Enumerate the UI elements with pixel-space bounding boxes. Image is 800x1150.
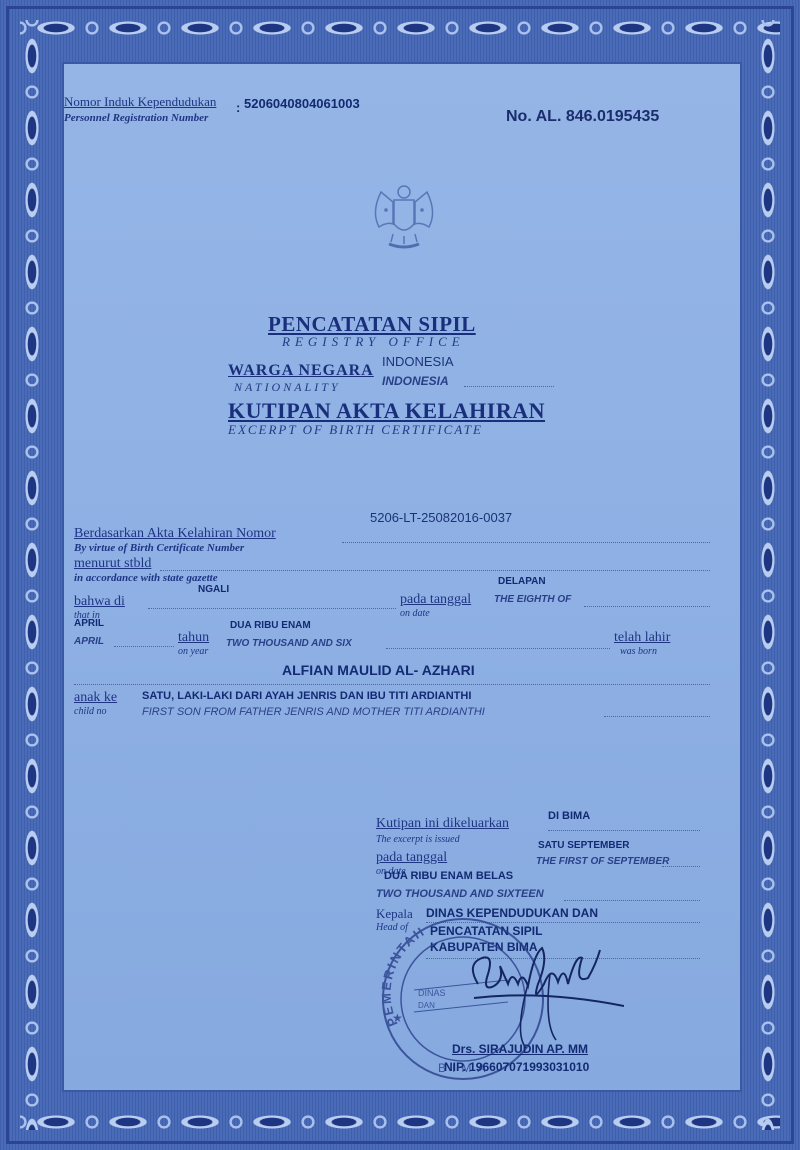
issued-label: Kutipan ini dikeluarkan [376, 816, 509, 832]
svg-text:★: ★ [392, 1011, 403, 1025]
issued-date-dotted-line [662, 866, 700, 867]
border-ornament-right [750, 20, 786, 1130]
issued-year-value-en: TWO THOUSAND AND SIXTEEN [376, 888, 544, 900]
garuda-emblem-icon [367, 172, 441, 256]
document-title: KUTIPAN AKTA KELAHIRAN [228, 398, 545, 424]
issued-place-value: DI BIMA [548, 810, 590, 822]
office-title-en: REGISTRY OFFICE [282, 334, 465, 350]
born-label: telah lahir [614, 630, 670, 646]
issued-label-en: The excerpt is issued [376, 834, 460, 845]
gazette-dotted-line [160, 570, 710, 571]
certificate-number-dotted-line [342, 542, 710, 543]
child-name-dotted-line [74, 684, 710, 685]
issued-year-dotted-line [564, 900, 700, 901]
nationality-label: WARGA NEGARA [228, 362, 374, 380]
birth-place-label: bahwa di [74, 594, 125, 610]
border-ornament-bottom [20, 1104, 780, 1140]
signature-icon [464, 944, 624, 1054]
birth-date-value-en: THE EIGHTH OF [494, 594, 571, 605]
official-name: Drs. SIRAJUDIN AP. MM [452, 1042, 588, 1056]
birth-year-label-en: on year [178, 646, 208, 657]
birth-date-value: DELAPAN [498, 576, 546, 587]
birth-year-dotted-line [386, 648, 610, 649]
birth-month-dotted-line [114, 646, 174, 647]
nationality-value: INDONESIA [382, 354, 454, 369]
issued-date-label: pada tanggal [376, 850, 447, 866]
nik-label-en: Personnel Registration Number [64, 112, 208, 124]
child-no-label-en: child no [74, 706, 107, 717]
nik-separator: : [236, 100, 240, 115]
birth-year-label: tahun [178, 630, 209, 646]
birth-month-value: APRIL [74, 618, 104, 629]
document-title-en: EXCERPT OF BIRTH CERTIFICATE [228, 422, 483, 438]
child-name: ALFIAN MAULID AL- AZHARI [282, 662, 475, 678]
certificate-number-label-en: By virtue of Birth Certificate Number [74, 542, 244, 554]
issued-date-value-en: THE FIRST OF SEPTEMBER [536, 856, 669, 867]
child-no-value: SATU, LAKI-LAKI DARI AYAH JENRIS DAN IBU… [142, 690, 471, 702]
nationality-value-en: INDONESIA [382, 374, 449, 388]
border-ornament-left [14, 20, 50, 1130]
child-no-dotted-line [604, 716, 710, 717]
gazette-label: menurut stbld [74, 556, 151, 572]
birth-place-value: NGALI [198, 584, 229, 595]
birth-date-dotted-line [584, 606, 710, 607]
nik-label: Nomor Induk Kependudukan [64, 94, 216, 110]
certificate-number-value: 5206-LT-25082016-0037 [370, 510, 512, 525]
birth-month-value-en: APRIL [74, 636, 104, 647]
child-no-value-en: FIRST SON FROM FATHER JENRIS AND MOTHER … [142, 706, 485, 718]
certificate-number-label: Berdasarkan Akta Kelahiran Nomor [74, 526, 276, 542]
birth-date-label: pada tanggal [400, 592, 471, 608]
official-nip: NIP. 196607071993031010 [444, 1060, 589, 1074]
serial-number: No. AL. 846.0195435 [506, 108, 659, 126]
born-label-en: was born [620, 646, 657, 657]
child-no-label: anak ke [74, 690, 117, 706]
issued-year-value: DUA RIBU ENAM BELAS [384, 870, 513, 882]
stamp-text-inner2: DAN [418, 1001, 435, 1010]
nationality-label-en: NATIONALITY [234, 380, 341, 395]
birth-place-dotted-line [148, 608, 396, 609]
birth-date-label-en: on date [400, 608, 430, 619]
gazette-label-en: in accordance with state gazette [74, 572, 218, 584]
issued-date-value: SATU SEPTEMBER [538, 840, 630, 851]
nik-value: 5206040804061003 [244, 96, 360, 111]
birth-year-value: DUA RIBU ENAM [230, 620, 311, 631]
issued-place-dotted-line [548, 830, 700, 831]
birth-year-value-en: TWO THOUSAND AND SIX [226, 638, 352, 649]
nationality-dotted-line [464, 386, 554, 387]
certificate-paper: Nomor Induk Kependudukan Personnel Regis… [62, 62, 742, 1092]
border-ornament-top [20, 10, 780, 46]
